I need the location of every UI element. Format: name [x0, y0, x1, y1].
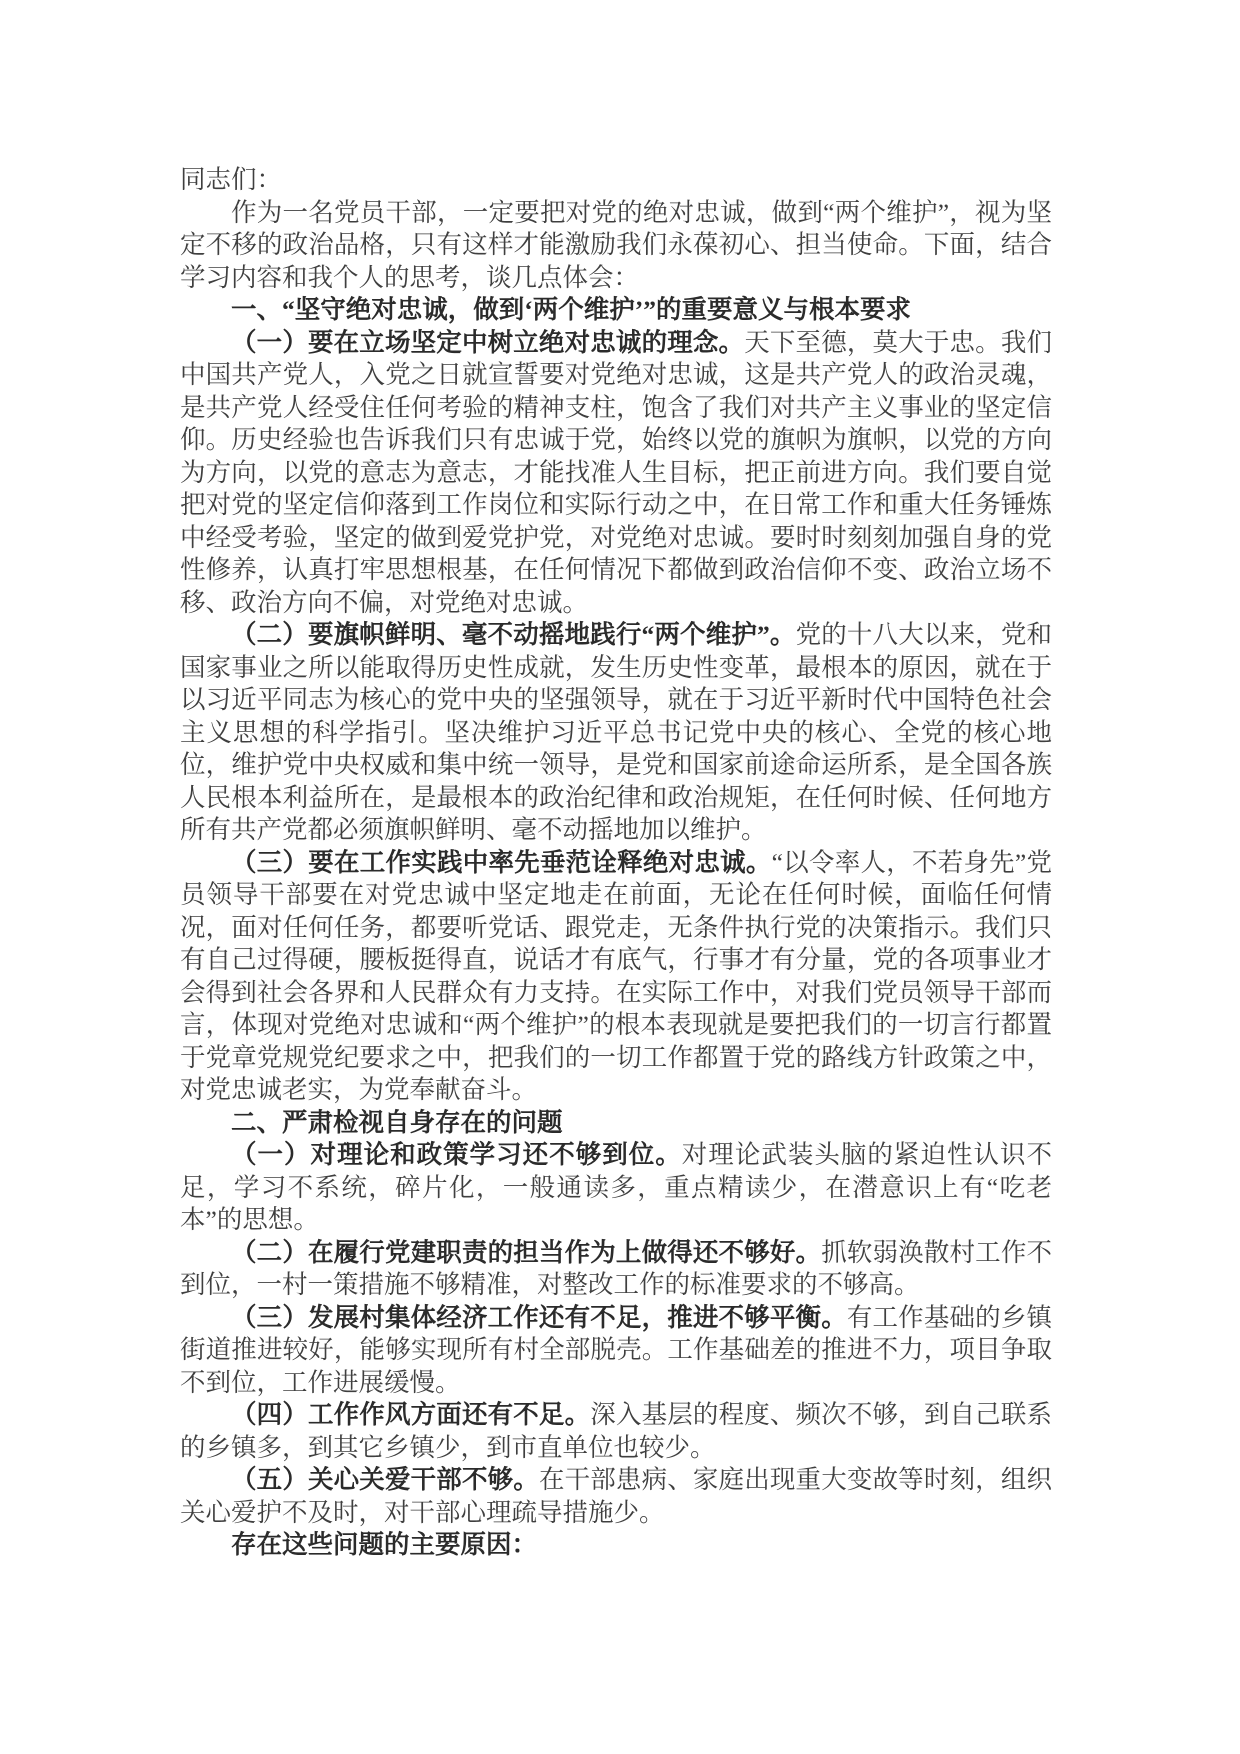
paragraph-lead: （三）发展村集体经济工作还有不足，推进不够平衡。 — [231, 1303, 847, 1332]
section-heading: 二、严肃检视自身存在的问题 — [180, 1107, 1052, 1140]
paragraph: （一）要在立场坚定中树立绝对忠诚的理念。天下至德，莫大于忠。我们中国共产党人，入… — [180, 327, 1052, 620]
section-heading: 存在这些问题的主要原因： — [180, 1529, 1052, 1562]
paragraph: （一）对理论和政策学习还不够到位。对理论武装头脑的紧迫性认识不足，学习不系统，碎… — [180, 1139, 1052, 1237]
salutation: 同志们： — [180, 164, 1052, 197]
paragraph: （三）发展村集体经济工作还有不足，推进不够平衡。有工作基础的乡镇街道推进较好，能… — [180, 1302, 1052, 1400]
paragraph-lead: （一）对理论和政策学习还不够到位。 — [231, 1140, 682, 1169]
paragraph: （五）关心关爱干部不够。在干部患病、家庭出现重大变故等时刻，组织关心爱护不及时，… — [180, 1464, 1052, 1529]
paragraph: （二）要旗帜鲜明、毫不动摇地践行“两个维护”。党的十八大以来，党和国家事业之所以… — [180, 619, 1052, 847]
paragraph: 作为一名党员干部，一定要把对党的绝对忠诚，做到“两个维护”，视为坚定不移的政治品… — [180, 197, 1052, 295]
paragraph-lead: （二）要旗帜鲜明、毫不动摇地践行“两个维护”。 — [231, 620, 796, 649]
paragraph-lead: （二）在履行党建职责的担当作为上做得还不够好。 — [231, 1238, 821, 1267]
paragraph-lead: （三）要在工作实践中率先垂范诠释绝对忠诚。 — [231, 848, 772, 877]
paragraph: （四）工作作风方面还有不足。深入基层的程度、频次不够，到自己联系的乡镇多，到其它… — [180, 1399, 1052, 1464]
paragraph: （二）在履行党建职责的担当作为上做得还不够好。抓软弱涣散村工作不到位，一村一策措… — [180, 1237, 1052, 1302]
paragraph: （三）要在工作实践中率先垂范诠释绝对忠诚。“以令率人，不若身先”党员领导干部要在… — [180, 847, 1052, 1107]
paragraph-lead: （五）关心关爱干部不够。 — [231, 1465, 539, 1494]
document-text-block: 同志们：作为一名党员干部，一定要把对党的绝对忠诚，做到“两个维护”，视为坚定不移… — [180, 164, 1052, 1562]
section-heading: 一、“坚守绝对忠诚，做到‘两个维护’”的重要意义与根本要求 — [180, 294, 1052, 327]
document-page: 同志们：作为一名党员干部，一定要把对党的绝对忠诚，做到“两个维护”，视为坚定不移… — [0, 0, 1240, 1754]
paragraph-lead: （一）要在立场坚定中树立绝对忠诚的理念。 — [231, 328, 744, 357]
paragraph-lead: （四）工作作风方面还有不足。 — [231, 1400, 590, 1429]
